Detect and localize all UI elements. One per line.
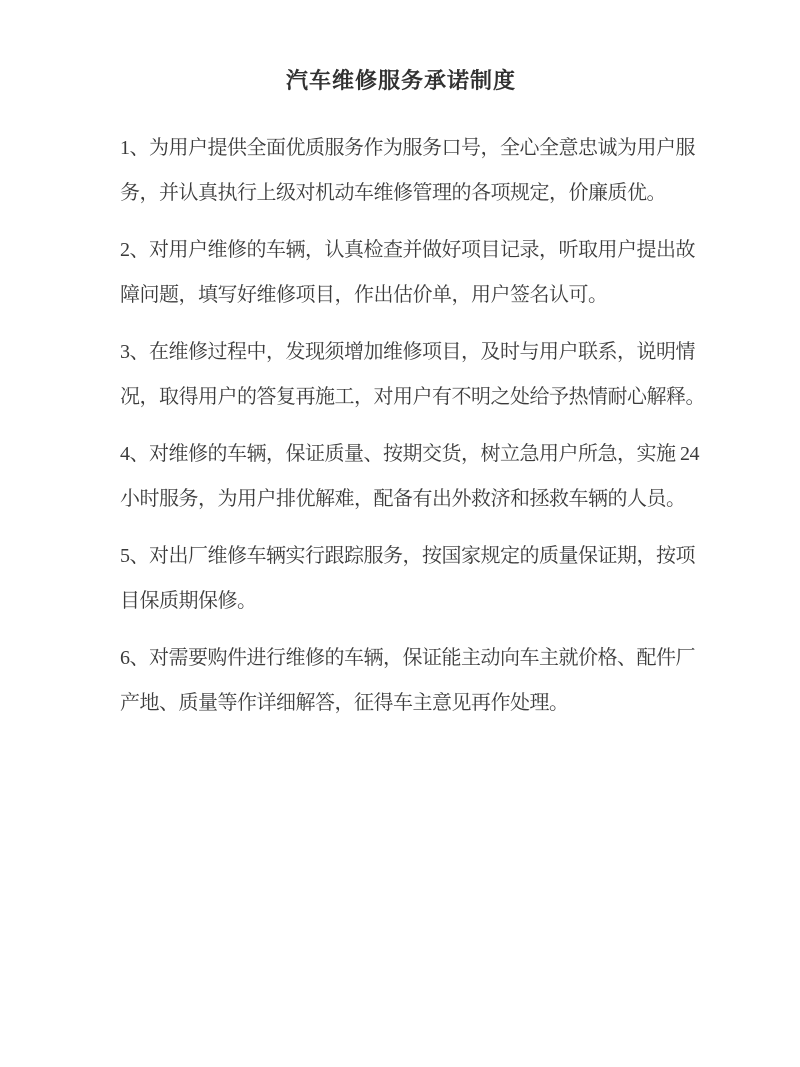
paragraph-5-line-2: 目保质期保修。: [120, 579, 682, 624]
paragraph-6-line-1: 6、对需要购件进行维修的车辆，保证能主动向车主就价格、配件厂: [120, 636, 682, 681]
paragraph-6-line-2: 产地、质量等作详细解答，征得车主意见再作处理。: [120, 681, 682, 726]
paragraph-2-line-2: 障问题，填写好维修项目，作出估价单，用户签名认可。: [120, 273, 682, 318]
document-page: 汽车维修服务承诺制度 1、为用户提供全面优质服务作为服务口号，全心全意忠诚为用户…: [0, 0, 800, 1067]
paragraph-5: 5、对出厂维修车辆实行跟踪服务，按国家规定的质量保证期，按项 目保质期保修。: [120, 534, 682, 624]
paragraph-3-line-2: 况，取得用户的答复再施工，对用户有不明之处给予热情耐心解释。: [120, 375, 682, 420]
paragraph-1: 1、为用户提供全面优质服务作为服务口号，全心全意忠诚为用户服 务，并认真执行上级…: [120, 126, 682, 216]
paragraph-4-line-1: 4、对维修的车辆，保证质量、按期交货，树立急用户所急，实施 24: [120, 432, 682, 477]
paragraph-4-line-2: 小时服务，为用户排优解难，配备有出外救济和拯救车辆的人员。: [120, 477, 682, 522]
paragraph-4: 4、对维修的车辆，保证质量、按期交货，树立急用户所急，实施 24 小时服务，为用…: [120, 432, 682, 522]
document-title: 汽车维修服务承诺制度: [120, 66, 682, 96]
paragraph-1-line-2: 务，并认真执行上级对机动车维修管理的各项规定，价廉质优。: [120, 171, 682, 216]
paragraph-2-line-1: 2、对用户维修的车辆，认真检查并做好项目记录，听取用户提出故: [120, 228, 682, 273]
paragraph-5-line-1: 5、对出厂维修车辆实行跟踪服务，按国家规定的质量保证期，按项: [120, 534, 682, 579]
paragraph-1-line-1: 1、为用户提供全面优质服务作为服务口号，全心全意忠诚为用户服: [120, 126, 682, 171]
paragraph-3: 3、在维修过程中，发现须增加维修项目，及时与用户联系，说明情 况，取得用户的答复…: [120, 330, 682, 420]
paragraph-2: 2、对用户维修的车辆，认真检查并做好项目记录，听取用户提出故 障问题，填写好维修…: [120, 228, 682, 318]
paragraph-6: 6、对需要购件进行维修的车辆，保证能主动向车主就价格、配件厂 产地、质量等作详细…: [120, 636, 682, 726]
paragraph-3-line-1: 3、在维修过程中，发现须增加维修项目，及时与用户联系，说明情: [120, 330, 682, 375]
